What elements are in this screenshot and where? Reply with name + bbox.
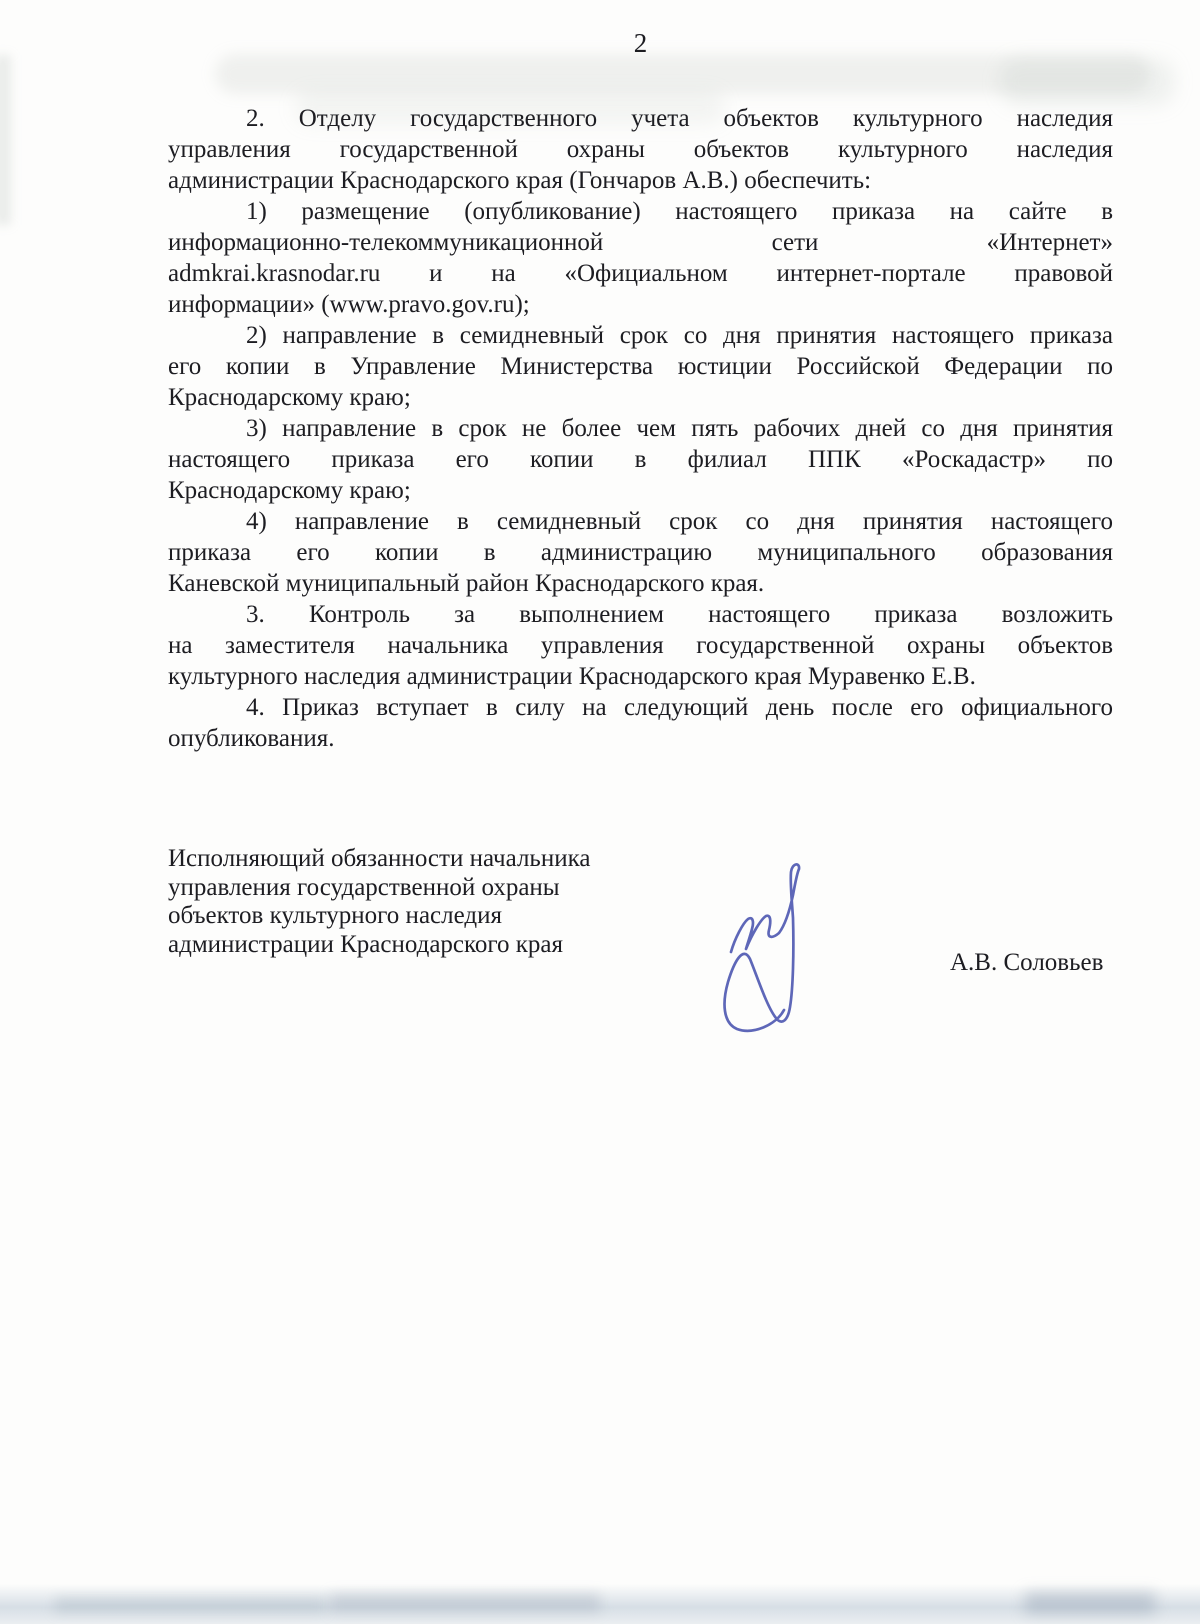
- scan-artifact-bottom-smudge-1: [55, 1598, 325, 1612]
- paragraph-line: приказа его копии в администрацию муници…: [168, 537, 1113, 568]
- signatory-title-line: Исполняющий обязанности начальника: [168, 845, 728, 874]
- paragraph-line: опубликования.: [168, 723, 1113, 754]
- paragraph-line: его копии в Управление Министерства юсти…: [168, 351, 1113, 382]
- paragraph-line: Каневской муниципальный район Краснодарс…: [168, 568, 1113, 599]
- signatory-title-line: объектов культурного наследия: [168, 902, 728, 931]
- paragraph-line: культурного наследия администрации Красн…: [168, 661, 1113, 692]
- scan-artifact-bottom-smudge-3: [1025, 1592, 1155, 1614]
- paragraph-line: Краснодарскому краю;: [168, 382, 1113, 413]
- paragraph-line: 2. Отделу государственного учета объекто…: [168, 103, 1113, 134]
- scanned-document-page: 2 2. Отделу государственного учета объек…: [0, 0, 1200, 1624]
- paragraph-line: на заместителя начальника управления гос…: [168, 630, 1113, 661]
- paragraph-line: 3) направление в срок не более чем пять …: [168, 413, 1113, 444]
- handwritten-signature: [686, 826, 812, 1038]
- signatory-title: Исполняющий обязанности начальникауправл…: [168, 845, 728, 959]
- paragraph-line: 1) размещение (опубликование) настоящего…: [168, 196, 1113, 227]
- paragraph-line: информации» (www.pravo.gov.ru);: [168, 289, 1113, 320]
- paragraph-line: управления государственной охраны объект…: [168, 134, 1113, 165]
- signatory-title-line: администрации Краснодарского края: [168, 931, 728, 960]
- paragraph-line: администрации Краснодарского края (Гонча…: [168, 165, 1113, 196]
- paragraph-line: 2) направление в семидневный срок со дня…: [168, 320, 1113, 351]
- paragraph-line: 4) направление в семидневный срок со дня…: [168, 506, 1113, 537]
- paragraph-line: информационно-телекоммуникационной сети …: [168, 227, 1113, 258]
- page-number: 2: [168, 27, 1113, 59]
- paragraph-line: настоящего приказа его копии в филиал ПП…: [168, 444, 1113, 475]
- scan-artifact-left-edge: [0, 55, 11, 225]
- paragraph-line: admkrai.krasnodar.ru и на «Официальном и…: [168, 258, 1113, 289]
- scan-artifact-top-right: [1000, 58, 1175, 106]
- paragraph-line: Краснодарскому краю;: [168, 475, 1113, 506]
- paragraph-line: 3. Контроль за выполнением настоящего пр…: [168, 599, 1113, 630]
- document-body: 2. Отделу государственного учета объекто…: [168, 103, 1113, 754]
- scan-artifact-top-band: [215, 54, 1150, 94]
- scan-artifact-bottom-smudge-2: [330, 1594, 600, 1612]
- paragraph-line: 4. Приказ вступает в силу на следующий д…: [168, 692, 1113, 723]
- scan-artifact-bottom-band: [0, 1584, 1200, 1624]
- signature-ink-stroke: [725, 864, 800, 1030]
- signatory-title-line: управления государственной охраны: [168, 874, 728, 903]
- signer-name: А.В. Соловьев: [950, 948, 1103, 978]
